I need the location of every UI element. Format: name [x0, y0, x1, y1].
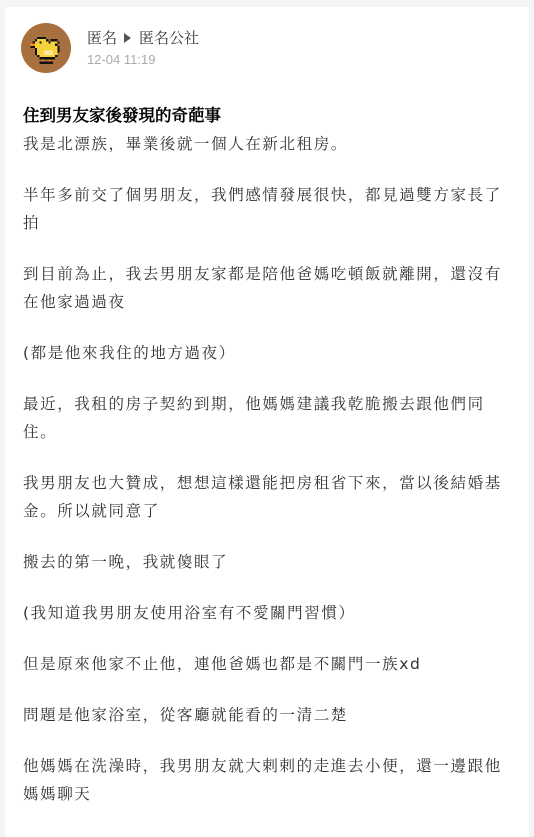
paragraph: 最近，我租的房子契約到期，他媽媽建議我乾脆搬去跟他們同住。	[23, 390, 513, 446]
caret-right-icon	[124, 33, 131, 43]
post-body: 我是北漂族，畢業後就一個人在新北租房。 半年多前交了個男朋友，我們感情發展很快，…	[23, 130, 513, 820]
post-header: 匿名 匿名公社 12-04 11:19	[21, 23, 199, 73]
paragraph: 問題是他家浴室，從客廳就能看的一清二楚	[23, 701, 513, 729]
post-timestamp: 12-04 11:19	[87, 52, 199, 68]
paragraph: 半年多前交了個男朋友，我們感情發展很快，都見過雙方家長了拍	[23, 181, 513, 237]
post-meta: 匿名 匿名公社 12-04 11:19	[87, 28, 199, 68]
paragraph: 他媽媽在洗澡時，我男朋友就大剌剌的走進去小便，還一邊跟他媽媽聊天	[23, 752, 513, 808]
board-name[interactable]: 匿名公社	[139, 28, 199, 48]
author-name[interactable]: 匿名	[87, 28, 117, 48]
paragraph: 我男朋友也大贊成，想想這樣還能把房租省下來，當以後結婚基金。所以就同意了	[23, 469, 513, 525]
paragraph: 我是北漂族，畢業後就一個人在新北租房。	[23, 130, 513, 158]
paragraph: 但是原來他家不止他，連他爸媽也都是不關門一族xd	[23, 650, 513, 678]
paragraph: 搬去的第一晚，我就傻眼了	[23, 548, 513, 576]
paragraph: (我知道我男朋友使用浴室有不愛關門習慣）	[23, 599, 513, 627]
paragraph: 到目前為止，我去男朋友家都是陪他爸媽吃頓飯就離開，還沒有在他家過過夜	[23, 260, 513, 316]
author-line: 匿名 匿名公社	[87, 28, 199, 48]
paragraph: (都是他來我住的地方過夜）	[23, 339, 513, 367]
avatar[interactable]	[21, 23, 71, 73]
post-title: 住到男友家後發現的奇葩事	[23, 104, 221, 128]
post-card: 匿名 匿名公社 12-04 11:19 住到男友家後發現的奇葩事 我是北漂族，畢…	[5, 7, 529, 820]
chick-icon	[28, 30, 64, 66]
